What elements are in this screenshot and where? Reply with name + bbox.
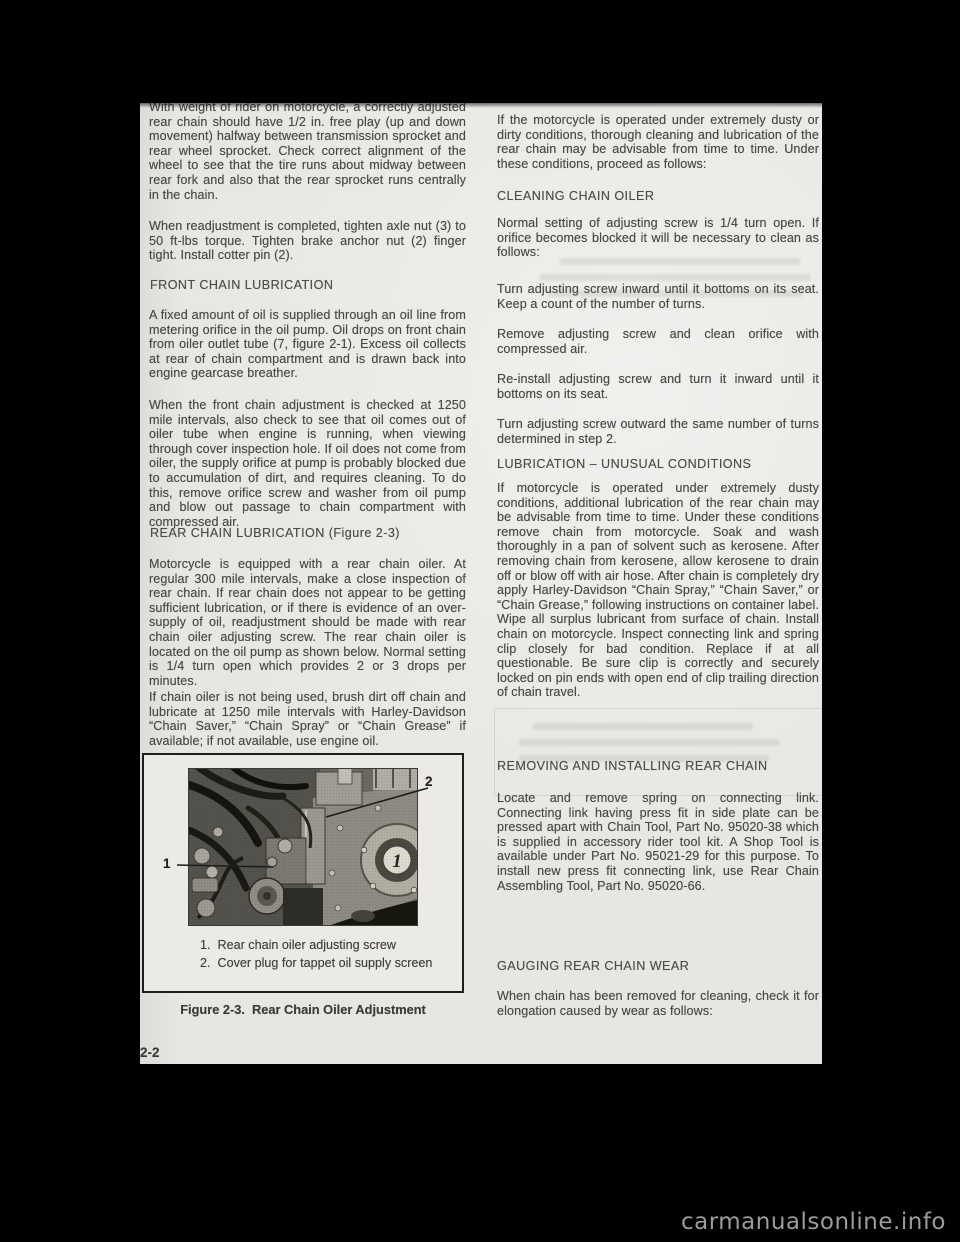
callout-1-label: 1 [163, 856, 171, 871]
step-turn-screw-outward: Turn adjusting screw outward the same nu… [497, 417, 819, 446]
watermark-text: carmanualsonline.info [681, 1209, 946, 1235]
paragraph-oiler-not-used: If chain oiler is not being used, brush … [149, 690, 466, 748]
page-bleed-ghost-line [540, 274, 810, 281]
step-remove-screw: Remove adjusting screw and clean orifice… [497, 327, 819, 356]
paragraph-gauging-wear: When chain has been removed for cleaning… [497, 989, 819, 1018]
engine-photo: 1 [188, 768, 418, 926]
heading-gauging-rear-chain-wear: GAUGING REAR CHAIN WEAR [497, 959, 689, 973]
heading-cleaning-chain-oiler: CLEANING CHAIN OILER [497, 189, 654, 203]
screenshot-root: { "left_column": { "para_adjustment": "W… [0, 0, 960, 1242]
paragraph-dusty-conditions: If the motorcycle is operated under extr… [497, 113, 819, 171]
heading-lubrication-unusual: LUBRICATION – UNUSUAL CONDITIONS [497, 457, 751, 471]
scanned-manual-page: With weight of rider on motorcycle, a co… [140, 103, 822, 1064]
page-number: 2-2 [140, 1045, 160, 1060]
paragraph-front-chain-check: When the front chain adjustment is check… [149, 398, 466, 529]
paragraph-normal-setting: Normal setting of adjusting screw is 1/4… [497, 216, 819, 260]
page-bleed-ghost-line [560, 258, 800, 265]
figure-legend-item-2: 2. Cover plug for tappet oil supply scre… [200, 954, 432, 972]
callout-2-label: 2 [425, 774, 433, 789]
page-bleed-ghost-box [494, 708, 822, 796]
paragraph-unusual-conditions: If motorcycle is operated under extremel… [497, 481, 819, 700]
paragraph-removing-chain: Locate and remove spring on connecting l… [497, 791, 819, 893]
heading-removing-installing-rear-chain: REMOVING AND INSTALLING REAR CHAIN [497, 759, 767, 773]
paragraph-chain-free-play: With weight of rider on motorcycle, a co… [149, 103, 466, 202]
figure-2-3-box: 1 1 2 1. Rear chain oiler adjusting scre… [142, 753, 464, 993]
heading-front-chain-lubrication: FRONT CHAIN LUBRICATION [150, 278, 333, 292]
paragraph-readjustment: When readjustment is completed, tighten … [149, 219, 466, 263]
paragraph-rear-chain-oiler: Motorcycle is equipped with a rear chain… [149, 557, 466, 688]
page-bleed-ghost-line [548, 290, 803, 297]
figure-caption: Figure 2-3. Rear Chain Oiler Adjustment [142, 1002, 464, 1017]
step-reinstall-screw: Re-install adjusting screw and turn it i… [497, 372, 819, 401]
figure-legend-item-1: 1. Rear chain oiler adjusting screw [200, 936, 396, 954]
paragraph-fixed-amount-oil: A fixed amount of oil is supplied throug… [149, 308, 466, 381]
heading-rear-chain-lubrication: REAR CHAIN LUBRICATION (Figure 2-3) [150, 526, 400, 540]
